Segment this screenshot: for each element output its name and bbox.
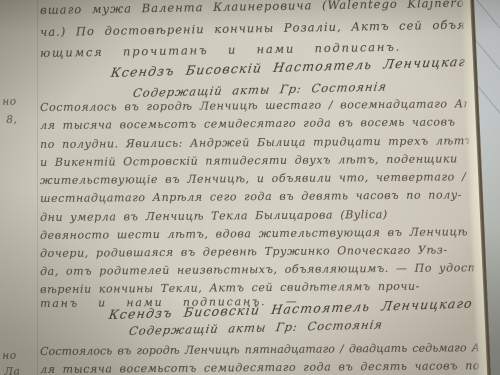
manuscript-line: жительствующіе въ Ленчицѣ, и объявили чт… (40, 170, 466, 187)
ruled-line-icon (474, 35, 500, 83)
manuscript-line: да, отъ родителей неизвѣстныхъ, объявляю… (40, 261, 490, 278)
manuscript-line: по полудни. Явились: Андржей Былица трид… (40, 134, 473, 151)
manuscript-line: девяносто шести лѣтъ, вдова жительствующ… (40, 225, 498, 242)
margin-note: Ла (4, 365, 21, 375)
ruled-line-icon (474, 0, 500, 38)
manuscript-line: Состоялось въ городѣ Ленчицѣ пятнадцатаг… (40, 341, 500, 358)
manuscript-line: вѣреніи кончины Текли, Актъ сей свидѣтел… (40, 280, 420, 296)
manuscript-photo: вшаго мужа Валента Клаинеровича (Walente… (0, 0, 500, 375)
manuscript-line: вшаго мужа Валента Клаинеровича (Walente… (40, 0, 485, 17)
manuscript-line: Содержащій акты Гр: Состоянія (132, 80, 388, 100)
manuscript-line: Состоялось въ городѣ Ленчицѣ шестаго / в… (40, 97, 494, 114)
left-margin-rule (37, 0, 38, 375)
manuscript-line: Содержащій акты Гр: Состоянія (128, 318, 384, 338)
margin-note: 8, (6, 114, 18, 127)
manuscript-line: дочери, родившаяся въ деревнѣ Тружинко О… (40, 243, 448, 260)
manuscript-line: ля тысяча восемьсотъ семидесятаго года в… (40, 115, 456, 132)
margin-note: но (2, 95, 17, 108)
margin-note: но (2, 349, 17, 362)
manuscript-line: ча.) По достовѣреніи кончины Розаліи, Ак… (40, 18, 495, 39)
manuscript-line: ля тысяча восемьсотъ семидесятаго года в… (40, 359, 480, 375)
manuscript-line: дни умерла въ Ленчицѣ Текла Былицарова (… (40, 208, 388, 224)
manuscript-line: и Викентій Островскій пятидесяти двухъ л… (40, 152, 458, 169)
manuscript-line: шестнадцатаго Апрѣля сего года въ девять… (40, 188, 462, 205)
